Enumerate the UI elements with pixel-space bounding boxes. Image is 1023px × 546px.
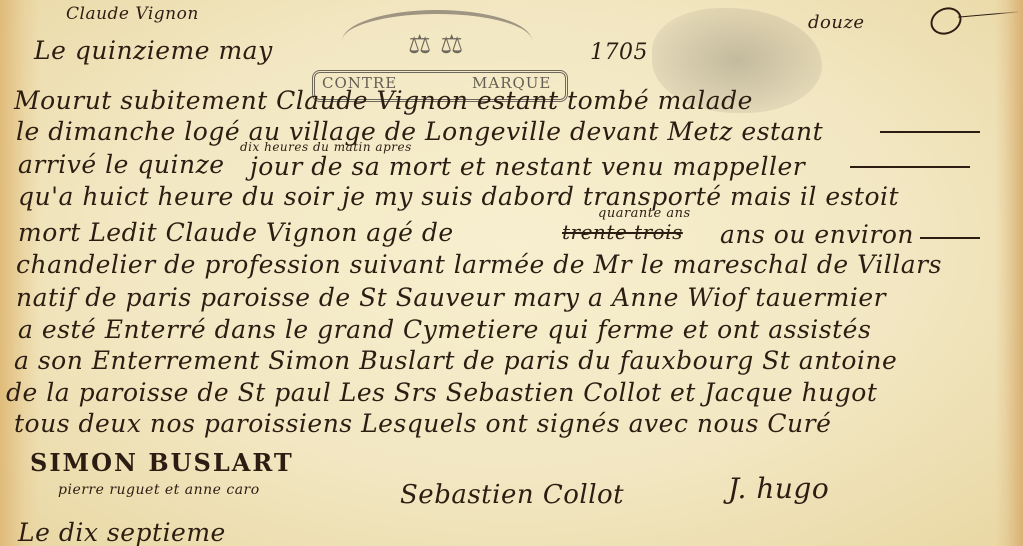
- signature-sebastien-collot: Sebastien Collot: [400, 480, 624, 510]
- year: 1705: [590, 40, 648, 65]
- register-line: mort Ledit Claude Vignon agé de: [18, 218, 454, 247]
- flourish-line: [958, 11, 1018, 17]
- register-line: natif de paris paroisse de St Sauveur ma…: [16, 283, 886, 312]
- witness-note: pierre ruguet et anne caro: [58, 482, 260, 498]
- register-line: de la paroisse de St paul Les Srs Sebast…: [6, 378, 877, 407]
- register-line-continuation: ans ou environ: [720, 220, 914, 249]
- line-date: Le quinzieme may: [34, 36, 273, 65]
- register-line: a son Enterrement Simon Buslart de paris…: [14, 346, 897, 375]
- register-line: Mourut subitement Claude Vignon estant t…: [14, 86, 753, 115]
- scales-icon: ⚖: [440, 30, 463, 60]
- stamp-scrollwork: [342, 10, 532, 72]
- register-line: chandelier de profession suivant larmée …: [16, 250, 942, 279]
- next-entry-start: Le dix septieme: [18, 518, 226, 546]
- flourish-mark-icon: [926, 2, 966, 39]
- register-line: le dimanche logé au village de Longevill…: [16, 117, 823, 146]
- line-filler-stroke: [850, 166, 970, 168]
- register-page: ⚖ ⚖ CONTRE MARQUE Claude Vignon douze Le…: [0, 0, 1023, 546]
- register-line: qu'a huict heure du soir je my suis dabo…: [18, 182, 899, 211]
- interlinear-insert: quarante ans: [598, 206, 691, 221]
- struck-text: trente trois: [562, 220, 683, 244]
- signature-j-hugo: J. hugo: [728, 472, 829, 505]
- signature-simon-buslart: SIMON BUSLART: [30, 448, 294, 477]
- register-line-continuation: jour de sa mort et nestant venu mappelle…: [250, 152, 805, 181]
- entry-number: douze: [808, 12, 865, 33]
- line-filler-stroke: [880, 131, 980, 133]
- register-line: a esté Enterré dans le grand Cymetiere q…: [18, 315, 871, 344]
- line-filler-stroke: [920, 237, 980, 239]
- margin-name: Claude Vignon: [66, 4, 199, 24]
- register-line: tous deux nos paroissiens Lesquels ont s…: [14, 409, 831, 438]
- register-line: arrivé le quinze: [18, 150, 225, 179]
- scales-icon: ⚖: [408, 30, 431, 60]
